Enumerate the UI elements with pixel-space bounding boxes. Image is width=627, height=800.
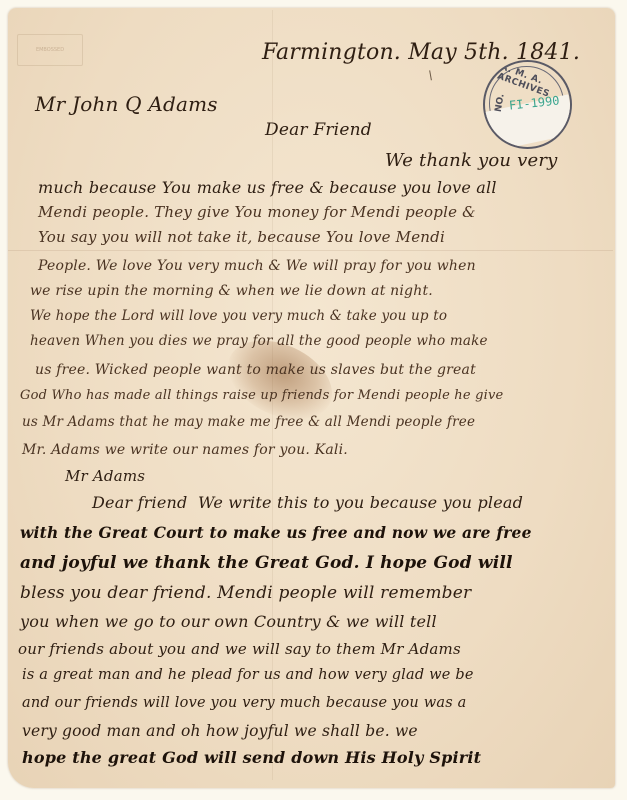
letter-line: We hope the Lord will love you very much… (30, 308, 447, 324)
fold-crease-horizontal (8, 250, 613, 251)
letter-line: and our friends will love you very much … (22, 695, 467, 711)
letter-line: and joyful we thank the Great God. I hop… (20, 553, 513, 573)
letter-line: with the Great Court to make us free and… (20, 523, 532, 542)
embossed-stamp: EMBOSSED (17, 34, 83, 66)
letter-line: People. We love You very much & We will … (38, 258, 476, 274)
letter-line: you when we go to our own Country & we w… (20, 612, 437, 631)
letter-line: heaven When you dies we pray for all the… (30, 333, 488, 349)
letter-line: us free. Wicked people want to make us s… (35, 362, 476, 378)
letter-line: much because You make us free & because … (38, 178, 497, 197)
letter-line: Mr. Adams we write our names for you. Ka… (22, 442, 348, 458)
letter-line: is a great man and he plead for us and h… (22, 667, 474, 683)
letter-line: bless you dear friend. Mendi people will… (20, 583, 471, 603)
letter-line: Mendi people. They give You money for Me… (38, 203, 476, 221)
letter-line: we rise upin the morning & when we lie d… (30, 283, 433, 299)
letter-line: We write this to you because you plead (198, 493, 523, 512)
letter-line: You say you will not take it, because Yo… (38, 228, 445, 246)
letter-line: us Mr Adams that he may make me free & a… (22, 414, 475, 430)
letter-addressee: Mr John Q Adams (35, 92, 218, 116)
letter-line: our friends about you and we will say to… (18, 640, 461, 658)
letter-second-addressee: Mr Adams (65, 467, 145, 485)
letter-salutation: Dear Friend (265, 120, 372, 140)
letter-line: We thank you very (385, 150, 558, 171)
letter-dateline: Farmington. May 5th. 1841. (262, 40, 580, 65)
letter-line: hope the great God will send down His Ho… (22, 748, 481, 767)
letter-second-salutation: Dear friend (92, 493, 187, 512)
letter-line: very good man and oh how joyful we shall… (22, 722, 418, 740)
letter-line: God Who has made all things raise up fri… (20, 388, 503, 403)
archive-stamp: A. M. A. ARCHIVES NO. FI-1990 (483, 60, 572, 149)
